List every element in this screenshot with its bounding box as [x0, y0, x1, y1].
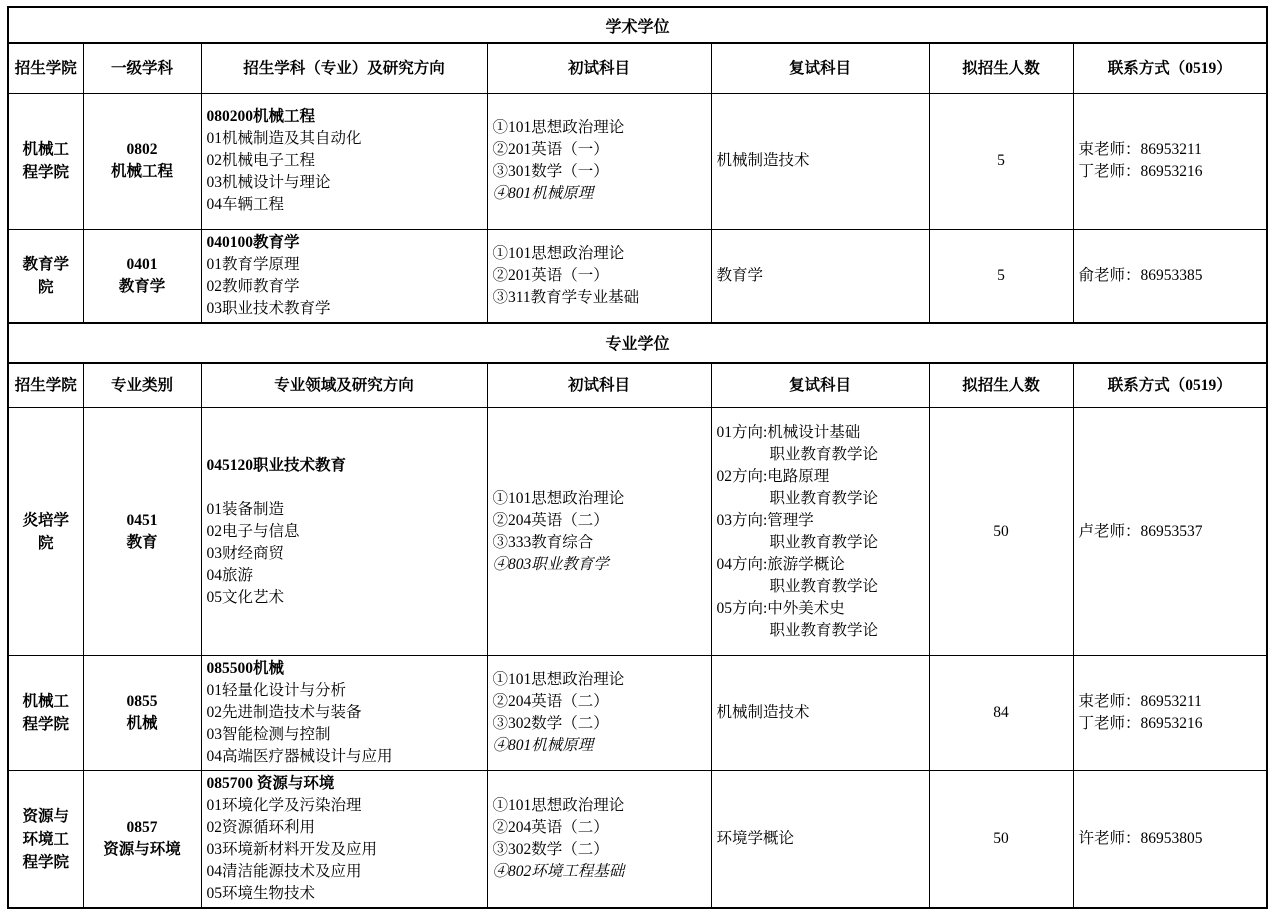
college-cell: 机械工程学院 [8, 93, 83, 229]
program-line: 080200机械工程 [207, 106, 482, 128]
quota-cell: 50 [929, 771, 1073, 909]
retest-cell: 教育学 [711, 229, 929, 323]
admissions-table: 学术学位招生学院一级学科招生学科（专业）及研究方向初试科目复试科目拟招生人数联系… [7, 6, 1268, 909]
category-cell: 0855机械 [83, 656, 201, 771]
column-header: 招生学科（专业）及研究方向 [201, 43, 487, 93]
initial-exam-line: ②204英语（二） [493, 510, 706, 532]
program-line: 01轻量化设计与分析 [207, 680, 482, 702]
initial-exam-line: ③333教育综合 [493, 532, 706, 554]
retest-line: 03方向:管理学 [717, 510, 924, 532]
column-header: 拟招生人数 [929, 43, 1073, 93]
initial-exam-line: ①101思想政治理论 [493, 488, 706, 510]
category-line: 0401 [89, 254, 196, 276]
initial-exam-line: ②204英语（二） [493, 817, 706, 839]
section-banner-row: 学术学位 [8, 7, 1267, 43]
column-header: 初试科目 [487, 43, 711, 93]
column-header: 拟招生人数 [929, 363, 1073, 408]
program-line: 04旅游 [207, 565, 482, 587]
college-cell: 资源与环境工程学院 [8, 771, 83, 909]
contact-line: 俞老师：86953385 [1079, 265, 1262, 287]
contact-line: 束老师：86953211 [1079, 691, 1262, 713]
column-header: 专业类别 [83, 363, 201, 408]
table-row: 教育学院0401教育学040100教育学01教育学原理02教师教育学03职业技术… [8, 229, 1267, 323]
column-header: 专业领域及研究方向 [201, 363, 487, 408]
contact-line: 丁老师：86953216 [1079, 161, 1262, 183]
column-header: 联系方式（0519） [1073, 363, 1267, 408]
initial-exam-line: ③302数学（二） [493, 713, 706, 735]
program-line: 085700 资源与环境 [207, 773, 482, 795]
quota-cell: 5 [929, 93, 1073, 229]
table-row: 资源与环境工程学院0857资源与环境085700 资源与环境01环境化学及污染治… [8, 771, 1267, 909]
program-line: 02机械电子工程 [207, 150, 482, 172]
program-line: 01教育学原理 [207, 254, 482, 276]
table-row: 炎培学院0451教育045120职业技术教育01装备制造02电子与信息03财经商… [8, 408, 1267, 656]
program-line [207, 477, 482, 499]
category-line: 0857 [89, 817, 196, 839]
category-cell: 0401教育学 [83, 229, 201, 323]
initial-exam-line: ③311教育学专业基础 [493, 287, 706, 309]
program-line: 02资源循环利用 [207, 817, 482, 839]
category-line: 资源与环境 [89, 839, 196, 861]
contact-line: 束老师：86953211 [1079, 139, 1262, 161]
initial-exam-line: ④801机械原理 [493, 183, 706, 205]
initial-exam-cell: ①101思想政治理论②204英语（二）③302数学（二）④801机械原理 [487, 656, 711, 771]
program-line: 01装备制造 [207, 499, 482, 521]
section-banner-title: 专业学位 [8, 323, 1267, 363]
table-row: 机械工程学院0855机械085500机械01轻量化设计与分析02先进制造技术与装… [8, 656, 1267, 771]
retest-line: 职业教育教学论 [717, 488, 924, 510]
program-line: 03职业技术教育学 [207, 298, 482, 320]
program-line: 05文化艺术 [207, 587, 482, 609]
category-line: 教育 [89, 532, 196, 554]
retest-line: 教育学 [717, 265, 924, 287]
initial-exam-line: ①101思想政治理论 [493, 117, 706, 139]
category-cell: 0802机械工程 [83, 93, 201, 229]
column-header: 一级学科 [83, 43, 201, 93]
initial-exam-cell: ①101思想政治理论②201英语（一）③301数学（一）④801机械原理 [487, 93, 711, 229]
initial-exam-line: ①101思想政治理论 [493, 795, 706, 817]
retest-line: 职业教育教学论 [717, 444, 924, 466]
initial-exam-line: ②201英语（一） [493, 139, 706, 161]
column-header: 招生学院 [8, 363, 83, 408]
retest-cell: 机械制造技术 [711, 93, 929, 229]
table-row: 机械工程学院0802机械工程080200机械工程01机械制造及其自动化02机械电… [8, 93, 1267, 229]
initial-exam-line: ④802环境工程基础 [493, 861, 706, 883]
category-line: 教育学 [89, 276, 196, 298]
initial-exam-line: ③302数学（二） [493, 839, 706, 861]
retest-line: 职业教育教学论 [717, 620, 924, 642]
program-line: 02教师教育学 [207, 276, 482, 298]
quota-cell: 84 [929, 656, 1073, 771]
retest-cell: 机械制造技术 [711, 656, 929, 771]
initial-exam-line: ②201英语（一） [493, 265, 706, 287]
retest-cell: 01方向:机械设计基础职业教育教学论02方向:电路原理职业教育教学论03方向:管… [711, 408, 929, 656]
column-header-row: 招生学院专业类别专业领域及研究方向初试科目复试科目拟招生人数联系方式（0519） [8, 363, 1267, 408]
program-line: 02先进制造技术与装备 [207, 702, 482, 724]
college-cell: 教育学院 [8, 229, 83, 323]
category-line: 机械工程 [89, 161, 196, 183]
program-line: 03环境新材料开发及应用 [207, 839, 482, 861]
column-header: 联系方式（0519） [1073, 43, 1267, 93]
program-line: 04高端医疗器械设计与应用 [207, 746, 482, 768]
initial-exam-line: ①101思想政治理论 [493, 669, 706, 691]
program-line: 03财经商贸 [207, 543, 482, 565]
program-cell: 045120职业技术教育01装备制造02电子与信息03财经商贸04旅游05文化艺… [201, 408, 487, 656]
column-header: 招生学院 [8, 43, 83, 93]
category-line: 0451 [89, 510, 196, 532]
retest-line: 机械制造技术 [717, 150, 924, 172]
section-banner-row: 专业学位 [8, 323, 1267, 363]
college-cell: 炎培学院 [8, 408, 83, 656]
category-line: 机械 [89, 713, 196, 735]
contact-cell: 束老师：86953211丁老师：86953216 [1073, 656, 1267, 771]
category-line: 0802 [89, 139, 196, 161]
program-line: 040100教育学 [207, 232, 482, 254]
retest-line: 02方向:电路原理 [717, 466, 924, 488]
program-line: 04清洁能源技术及应用 [207, 861, 482, 883]
program-cell: 085500机械01轻量化设计与分析02先进制造技术与装备03智能检测与控制04… [201, 656, 487, 771]
initial-exam-cell: ①101思想政治理论②204英语（二）③333教育综合④803职业教育学 [487, 408, 711, 656]
program-line: 04车辆工程 [207, 194, 482, 216]
program-line: 085500机械 [207, 658, 482, 680]
contact-line: 丁老师：86953216 [1079, 713, 1262, 735]
program-line: 03智能检测与控制 [207, 724, 482, 746]
program-line: 03机械设计与理论 [207, 172, 482, 194]
program-line: 02电子与信息 [207, 521, 482, 543]
category-cell: 0451教育 [83, 408, 201, 656]
admissions-table-body: 学术学位招生学院一级学科招生学科（专业）及研究方向初试科目复试科目拟招生人数联系… [8, 7, 1267, 908]
program-line: 01机械制造及其自动化 [207, 128, 482, 150]
column-header: 复试科目 [711, 363, 929, 408]
contact-line: 许老师：86953805 [1079, 828, 1262, 850]
initial-exam-cell: ①101思想政治理论②204英语（二）③302数学（二）④802环境工程基础 [487, 771, 711, 909]
program-cell: 080200机械工程01机械制造及其自动化02机械电子工程03机械设计与理论04… [201, 93, 487, 229]
contact-cell: 俞老师：86953385 [1073, 229, 1267, 323]
program-line: 05环境生物技术 [207, 883, 482, 905]
college-cell: 机械工程学院 [8, 656, 83, 771]
retest-line: 机械制造技术 [717, 702, 924, 724]
category-cell: 0857资源与环境 [83, 771, 201, 909]
retest-line: 05方向:中外美术史 [717, 598, 924, 620]
column-header: 复试科目 [711, 43, 929, 93]
column-header-row: 招生学院一级学科招生学科（专业）及研究方向初试科目复试科目拟招生人数联系方式（0… [8, 43, 1267, 93]
contact-cell: 束老师：86953211丁老师：86953216 [1073, 93, 1267, 229]
initial-exam-line: ④803职业教育学 [493, 554, 706, 576]
section-banner-title: 学术学位 [8, 7, 1267, 43]
contact-cell: 许老师：86953805 [1073, 771, 1267, 909]
initial-exam-line: ④801机械原理 [493, 735, 706, 757]
retest-line: 职业教育教学论 [717, 532, 924, 554]
quota-cell: 50 [929, 408, 1073, 656]
admissions-document: 学术学位招生学院一级学科招生学科（专业）及研究方向初试科目复试科目拟招生人数联系… [0, 0, 1273, 909]
contact-line: 卢老师：86953537 [1079, 521, 1262, 543]
retest-line: 环境学概论 [717, 828, 924, 850]
retest-line: 01方向:机械设计基础 [717, 422, 924, 444]
initial-exam-line: ③301数学（一） [493, 161, 706, 183]
program-line: 01环境化学及污染治理 [207, 795, 482, 817]
contact-cell: 卢老师：86953537 [1073, 408, 1267, 656]
quota-cell: 5 [929, 229, 1073, 323]
retest-line: 职业教育教学论 [717, 576, 924, 598]
program-cell: 085700 资源与环境01环境化学及污染治理02资源循环利用03环境新材料开发… [201, 771, 487, 909]
program-cell: 040100教育学01教育学原理02教师教育学03职业技术教育学 [201, 229, 487, 323]
initial-exam-line: ②204英语（二） [493, 691, 706, 713]
initial-exam-line: ①101思想政治理论 [493, 243, 706, 265]
category-line: 0855 [89, 691, 196, 713]
retest-line: 04方向:旅游学概论 [717, 554, 924, 576]
column-header: 初试科目 [487, 363, 711, 408]
initial-exam-cell: ①101思想政治理论②201英语（一）③311教育学专业基础 [487, 229, 711, 323]
retest-cell: 环境学概论 [711, 771, 929, 909]
program-line: 045120职业技术教育 [207, 455, 482, 477]
